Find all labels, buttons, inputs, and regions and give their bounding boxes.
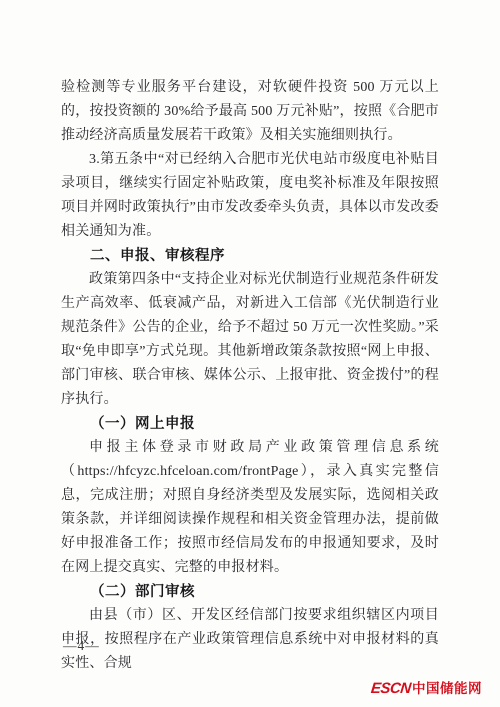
escn-logo-text-cn: 中国储能网 bbox=[412, 681, 482, 696]
document-body: 验检测等专业服务平台建设，对软硬件投资 500 万元以上的，按投资额的 30%给… bbox=[61, 76, 439, 676]
document-page: 验检测等专业服务平台建设，对软硬件投资 500 万元以上的，按投资额的 30%给… bbox=[0, 0, 500, 707]
body-paragraph: 申报主体登录市财政局产业政策管理信息系统（https://hfcyzc.hfce… bbox=[61, 436, 439, 580]
section-heading: 二、申报、审核程序 bbox=[61, 244, 439, 268]
escn-logo-text-en: ESCN bbox=[370, 680, 411, 697]
body-paragraph: 政策第四条中“支持企业对标光伏制造行业规范条件研发生产高效率、低衰减产品，对新进… bbox=[61, 268, 439, 412]
body-paragraph: 验检测等专业服务平台建设，对软硬件投资 500 万元以上的，按投资额的 30%给… bbox=[61, 76, 439, 148]
escn-watermark-logo: ESCN中国储能网 bbox=[371, 677, 482, 698]
body-paragraph: 3.第五条中“对已经纳入合肥市光伏电站市级度电补贴目录项目，继续实行固定补贴政策… bbox=[61, 148, 439, 244]
section-heading: （二）部门审核 bbox=[61, 580, 439, 604]
body-paragraph: 由县（市）区、开发区经信部门按要求组织辖区内项目申报，按照程序在产业政策管理信息… bbox=[61, 604, 439, 676]
page-number: —4— bbox=[63, 638, 100, 654]
section-heading: （一）网上申报 bbox=[61, 412, 439, 436]
